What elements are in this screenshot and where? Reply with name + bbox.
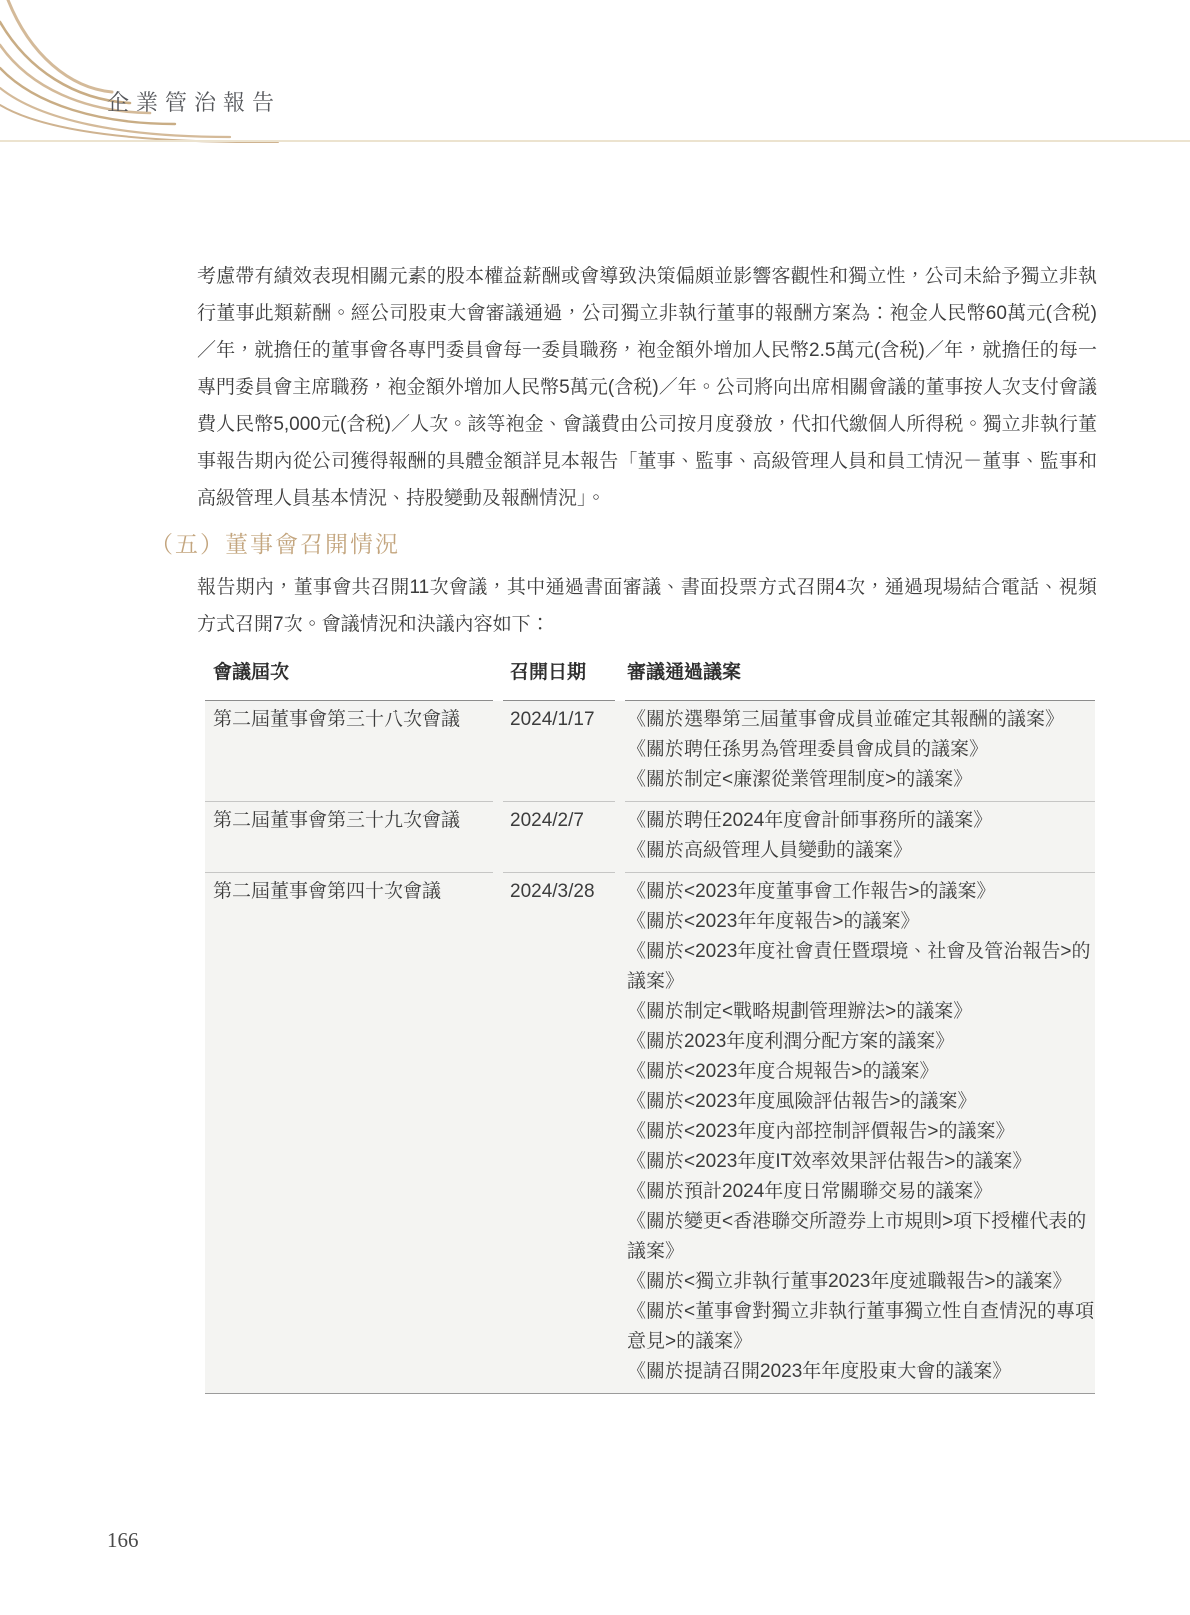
meeting-session-cell: 第二屆董事會第四十次會議: [205, 873, 493, 1393]
resolution-item: 《關於制定<戰略規劃管理辦法>的議案》: [627, 997, 1095, 1027]
main-content: 考慮帶有績效表現相關元素的股本權益薪酬或會導致決策偏頗並影響客觀性和獨立性，公司…: [197, 258, 1097, 1394]
resolution-item: 《關於<2023年度風險評估報告>的議案》: [627, 1087, 1095, 1117]
resolution-item: 《關於制定<廉潔從業管理制度>的議案》: [627, 765, 1095, 795]
resolutions-cell: 《關於<2023年度董事會工作報告>的議案》《關於<2023年年度報告>的議案》…: [625, 873, 1095, 1393]
meeting-session-cell: 第二屆董事會第三十九次會議: [205, 802, 493, 873]
column-header-meeting-session: 會議屆次: [205, 659, 493, 701]
resolution-item: 《關於<2023年度董事會工作報告>的議案》: [627, 877, 1095, 907]
meeting-date-cell: 2024/2/7: [503, 802, 615, 873]
resolution-item: 《關於<2023年度內部控制評價報告>的議案》: [627, 1117, 1095, 1147]
intro-paragraph: 考慮帶有績效表現相關元素的股本權益薪酬或會導致決策偏頗並影響客觀性和獨立性，公司…: [197, 258, 1097, 517]
column-header-meeting-date: 召開日期: [503, 659, 615, 701]
resolution-item: 《關於<2023年度IT效率效果評估報告>的議案》: [627, 1147, 1095, 1177]
resolution-item: 《關於<獨立非執行董事2023年度述職報告>的議案》: [627, 1267, 1095, 1297]
resolution-item: 《關於提請召開2023年年度股東大會的議案》: [627, 1357, 1095, 1387]
page-header-title: 企業管治報告: [107, 86, 281, 117]
table-body: 第二屆董事會第三十八次會議 2024/1/17 《關於選舉第三屆董事會成員並確定…: [205, 701, 1095, 1394]
resolution-item: 《關於<2023年年度報告>的議案》: [627, 907, 1095, 937]
resolution-item: 《關於聘任2024年度會計師事務所的議案》: [627, 806, 1095, 836]
resolution-item: 《關於聘任孫男為管理委員會成員的議案》: [627, 735, 1095, 765]
meeting-session-cell: 第二屆董事會第三十八次會議: [205, 701, 493, 802]
header-rule-divider: [0, 140, 1190, 142]
board-meeting-table: 會議屆次 召開日期 審議通過議案 第二屆董事會第三十八次會議 2024/1/17…: [205, 659, 1095, 1394]
section-paragraph: 報告期內，董事會共召開11次會議，其中通過書面審議、書面投票方式召開4次，通過現…: [197, 569, 1097, 643]
decorative-swirl-graphic: [0, 0, 300, 160]
table-row: 第二屆董事會第四十次會議 2024/3/28 《關於<2023年度董事會工作報告…: [205, 873, 1095, 1393]
page-number: 166: [107, 1528, 139, 1553]
resolution-item: 《關於2023年度利潤分配方案的議案》: [627, 1027, 1095, 1057]
meeting-date-cell: 2024/1/17: [503, 701, 615, 802]
table-header-row: 會議屆次 召開日期 審議通過議案: [205, 659, 1095, 701]
resolution-item: 《關於選舉第三屆董事會成員並確定其報酬的議案》: [627, 705, 1095, 735]
section-heading: （五）董事會召開情況: [150, 527, 1097, 561]
resolutions-cell: 《關於選舉第三屆董事會成員並確定其報酬的議案》《關於聘任孫男為管理委員會成員的議…: [625, 701, 1095, 802]
resolution-item: 《關於<董事會對獨立非執行董事獨立性自查情況的專項意見>的議案》: [627, 1297, 1095, 1357]
table-row: 第二屆董事會第三十八次會議 2024/1/17 《關於選舉第三屆董事會成員並確定…: [205, 701, 1095, 802]
column-header-resolutions: 審議通過議案: [625, 659, 1095, 701]
resolution-item: 《關於變更<香港聯交所證券上市規則>項下授權代表的議案》: [627, 1207, 1095, 1267]
meeting-date-cell: 2024/3/28: [503, 873, 615, 1393]
resolution-item: 《關於預計2024年度日常關聯交易的議案》: [627, 1177, 1095, 1207]
report-page: 企業管治報告 考慮帶有績效表現相關元素的股本權益薪酬或會導致決策偏頗並影響客觀性…: [0, 258, 1190, 1394]
resolution-item: 《關於<2023年度社會責任暨環境、社會及管治報告>的議案》: [627, 937, 1095, 997]
table-row: 第二屆董事會第三十九次會議 2024/2/7 《關於聘任2024年度會計師事務所…: [205, 802, 1095, 873]
resolution-item: 《關於<2023年度合規報告>的議案》: [627, 1057, 1095, 1087]
resolution-item: 《關於高級管理人員變動的議案》: [627, 836, 1095, 866]
resolutions-cell: 《關於聘任2024年度會計師事務所的議案》《關於高級管理人員變動的議案》: [625, 802, 1095, 873]
